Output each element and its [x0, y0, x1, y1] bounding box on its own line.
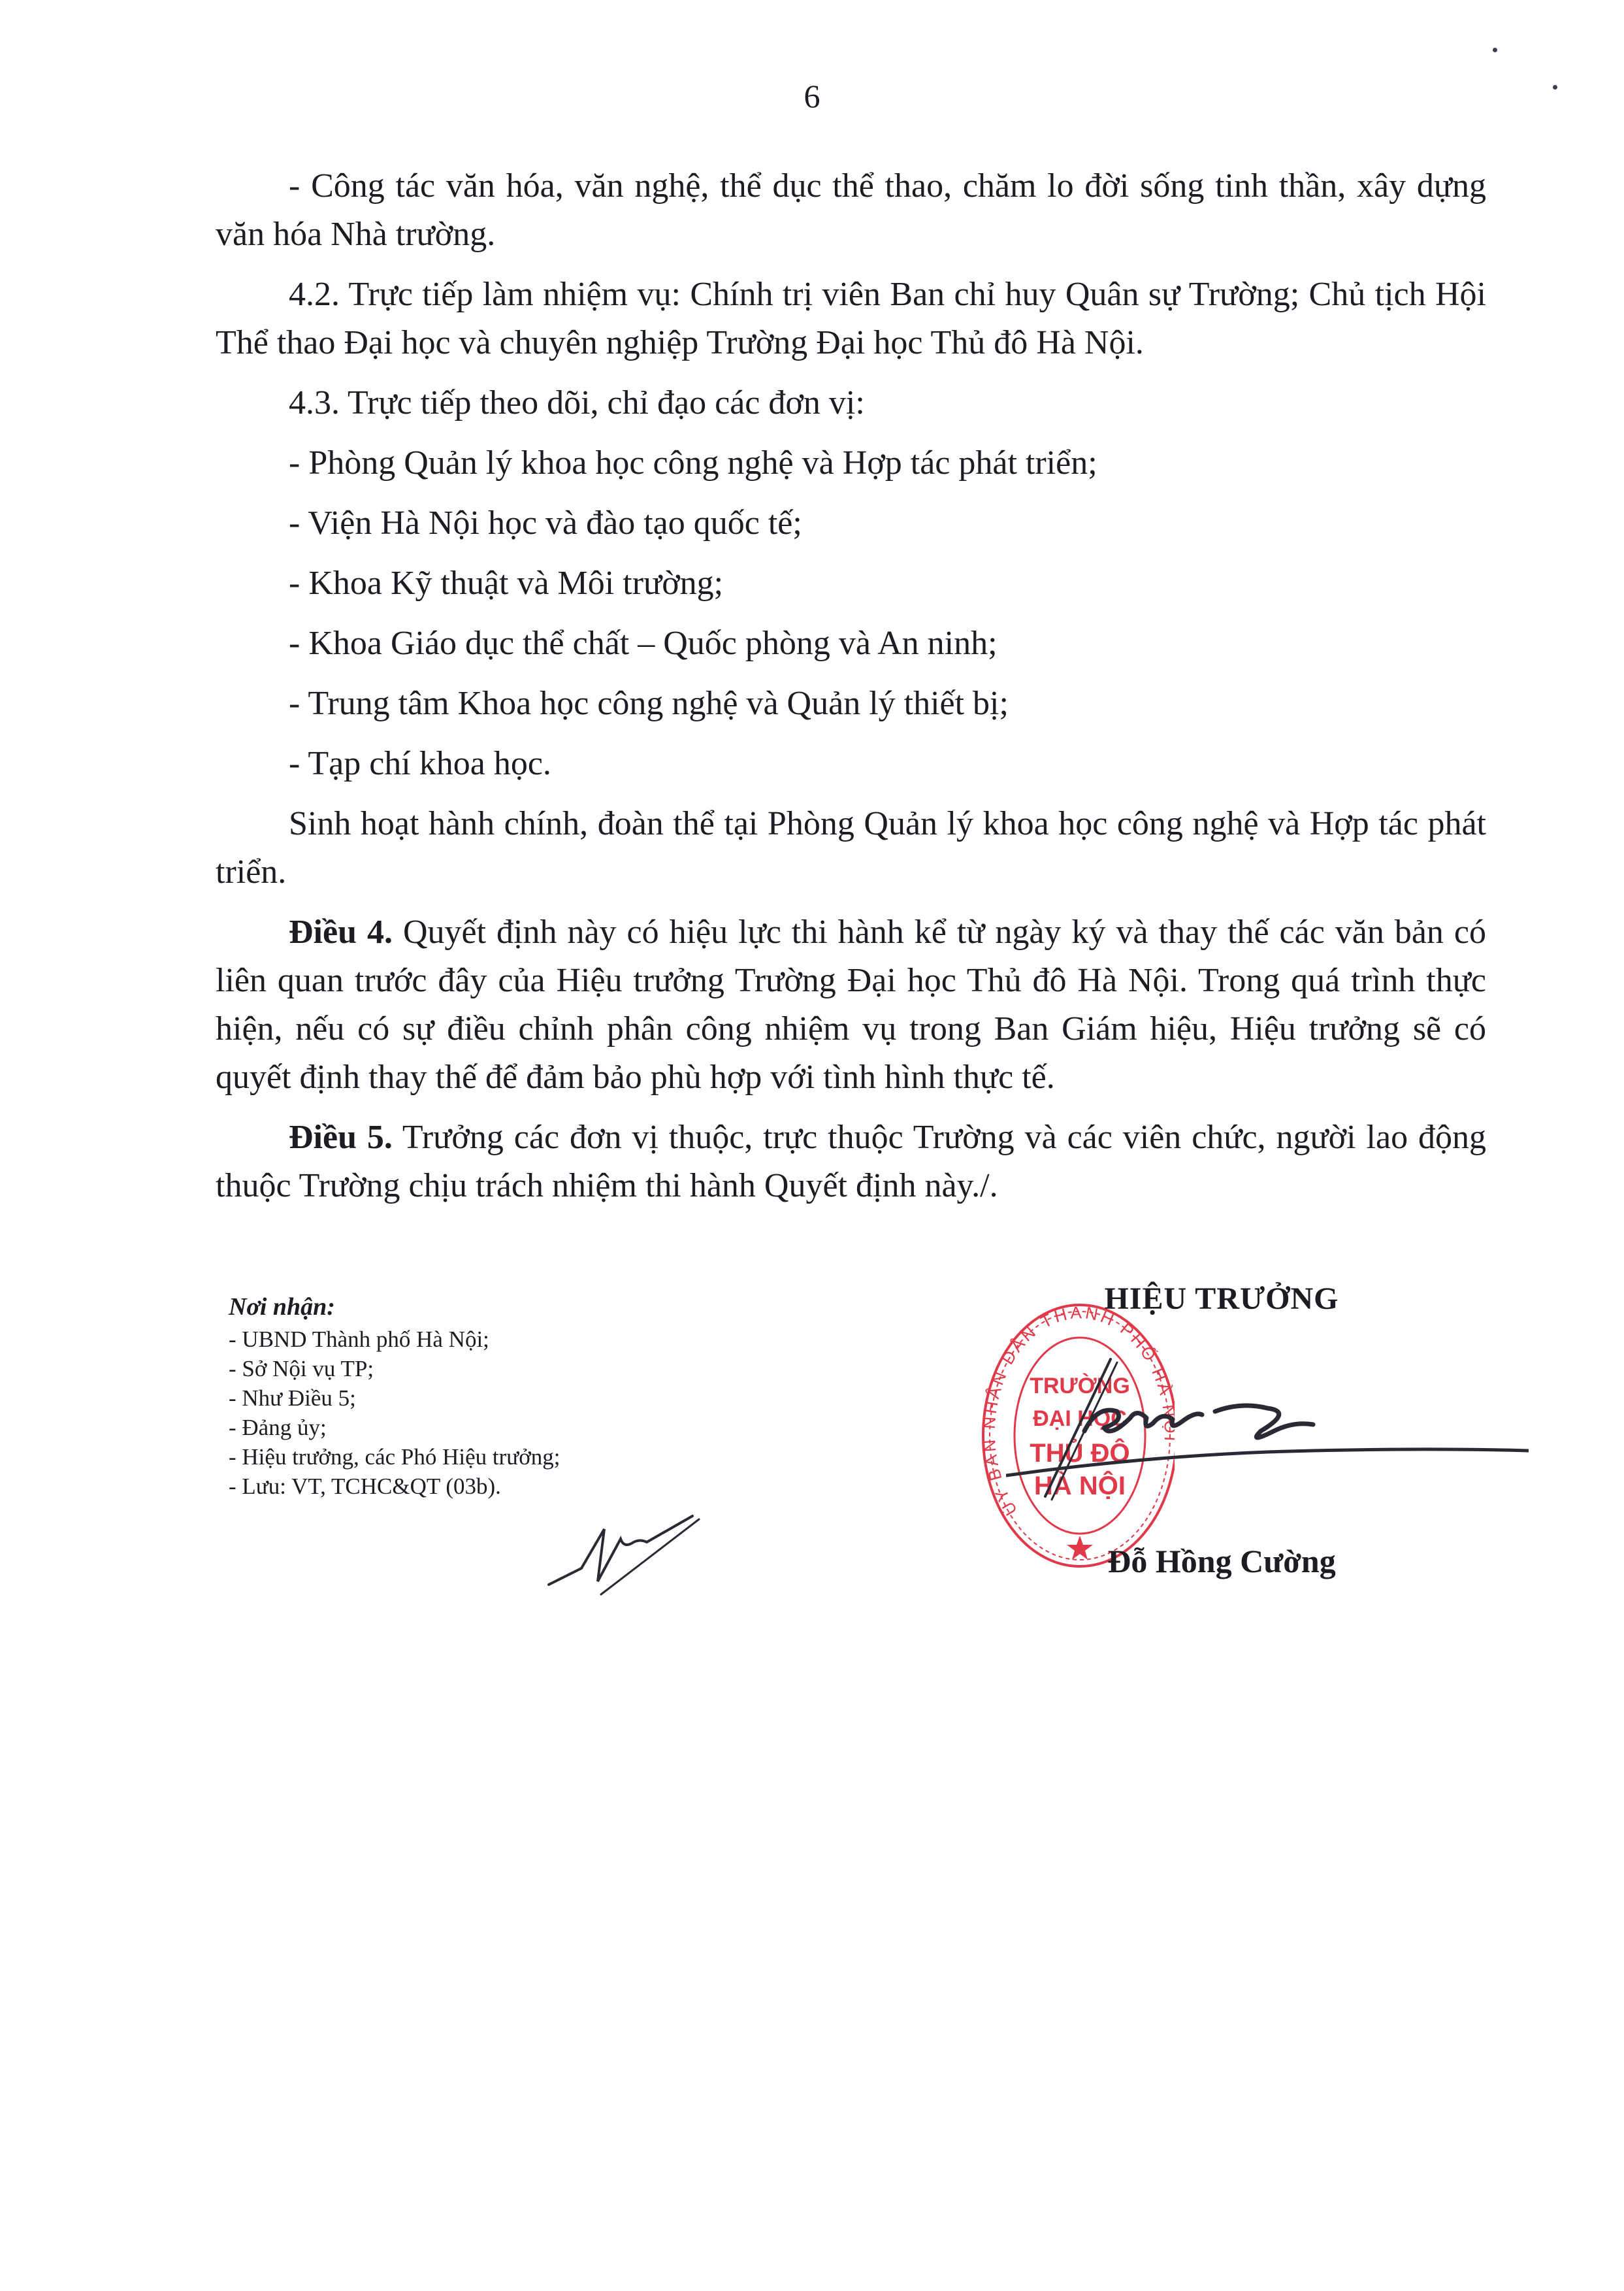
list-item: - Viện Hà Nội học và đào tạo quốc tế; [216, 499, 1486, 548]
list-item: - Tạp chí khoa học. [216, 740, 1486, 788]
article-4-label: Điều 4. [289, 914, 393, 951]
article-5-text: Trưởng các đơn vị thuộc, trực thuộc Trườ… [216, 1119, 1486, 1204]
list-item: - Khoa Kỹ thuật và Môi trường; [216, 559, 1486, 608]
signer-title: HIỆU TRƯỞNG [1019, 1281, 1424, 1317]
signature-block: HIỆU TRƯỞNG Đỗ Hồng Cường [1019, 1281, 1424, 1317]
paragraph: Sinh hoạt hành chính, đoàn thể tại Phòng… [216, 800, 1486, 897]
recipient-item: - Lưu: VT, TCHC&QT (03b). [229, 1472, 560, 1501]
scan-speck [1493, 48, 1497, 52]
recipient-item: - UBND Thành phố Hà Nội; [229, 1325, 560, 1354]
recipients-title: Nơi nhận: [229, 1293, 560, 1322]
initials-signature-icon [542, 1503, 706, 1601]
recipients-block: Nơi nhận: - UBND Thành phố Hà Nội; - Sở … [229, 1293, 560, 1501]
document-body: - Công tác văn hóa, văn nghệ, thể dục th… [216, 162, 1486, 1222]
recipient-item: - Như Điều 5; [229, 1383, 560, 1413]
article-5-label: Điều 5. [289, 1119, 393, 1156]
article-5: Điều 5. Trưởng các đơn vị thuộc, trực th… [216, 1113, 1486, 1210]
paragraph: 4.2. Trực tiếp làm nhiệm vụ: Chính trị v… [216, 271, 1486, 367]
list-item: - Khoa Giáo dục thể chất – Quốc phòng và… [216, 619, 1486, 668]
list-item: - Phòng Quản lý khoa học công nghệ và Hợ… [216, 439, 1486, 487]
paragraph: - Công tác văn hóa, văn nghệ, thể dục th… [216, 162, 1486, 259]
list-item: - Trung tâm Khoa học công nghệ và Quản l… [216, 680, 1486, 728]
article-4-text: Quyết định này có hiệu lực thi hành kể t… [216, 914, 1486, 1096]
paragraph: 4.3. Trực tiếp theo dõi, chỉ đạo các đơn… [216, 379, 1486, 427]
recipient-item: - Sở Nội vụ TP; [229, 1354, 560, 1383]
page-number: 6 [0, 77, 1624, 115]
recipient-item: - Đảng ủy; [229, 1413, 560, 1442]
handwritten-signature-icon [1006, 1346, 1529, 1516]
article-4: Điều 4. Quyết định này có hiệu lực thi h… [216, 908, 1486, 1102]
signer-name: Đỗ Hồng Cường [1019, 1542, 1424, 1580]
recipient-item: - Hiệu trưởng, các Phó Hiệu trưởng; [229, 1442, 560, 1472]
